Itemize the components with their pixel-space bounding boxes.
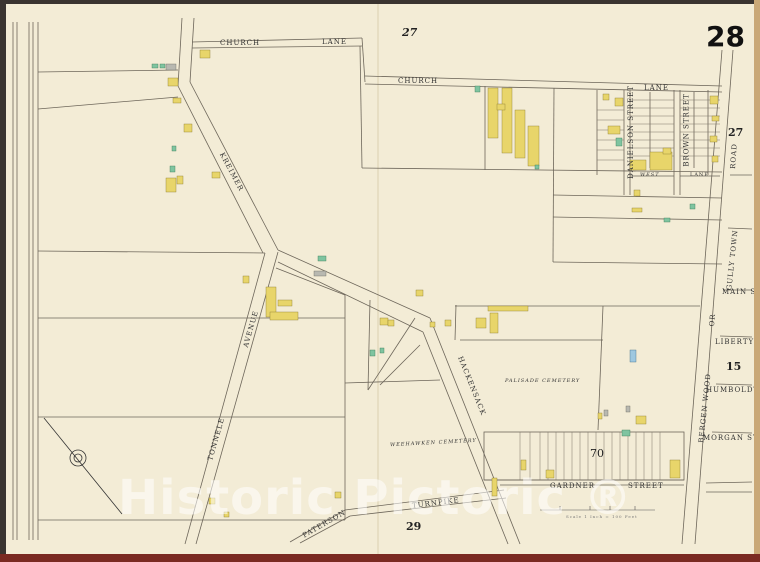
sheet-number: 28 (706, 20, 745, 53)
street-label-danielson: DANIELSON STREET (627, 85, 635, 179)
book-cover-edge (0, 554, 760, 562)
street-label-gardner-street: STREET (628, 482, 664, 490)
street-label-church-lane: CHURCH (398, 77, 438, 85)
watermark: Historic Pictoric ® (118, 470, 633, 526)
street-label-humboldt-st: HUMBOLDT ST (706, 386, 760, 394)
street-label-morgan-st: MORGAN ST (703, 434, 759, 442)
adjacent-sheet-right-upper: 27 (728, 126, 743, 139)
street-label-church-lane: CHURCH (220, 39, 260, 47)
adjacent-sheet-top: 27 (402, 26, 417, 39)
street-label-church-lane: LANE (644, 84, 669, 92)
page-edge-right (754, 0, 760, 562)
adjacent-sheet-right-lower: 15 (726, 360, 741, 373)
street-label-brown: BROWN STREET (683, 93, 691, 166)
street-label-or: OR (708, 313, 717, 327)
street-label-lane: LANE (690, 172, 709, 178)
block-number: 70 (590, 447, 604, 460)
street-label-west: WEST (640, 172, 660, 178)
map-sheet: 28 27 27 15 29 70 CHURCH LANE CHURCH LAN… (0, 0, 760, 562)
palisade-cemetery-label: PALISADE CEMETERY (505, 378, 580, 384)
street-label-church-lane: LANE (322, 38, 347, 46)
